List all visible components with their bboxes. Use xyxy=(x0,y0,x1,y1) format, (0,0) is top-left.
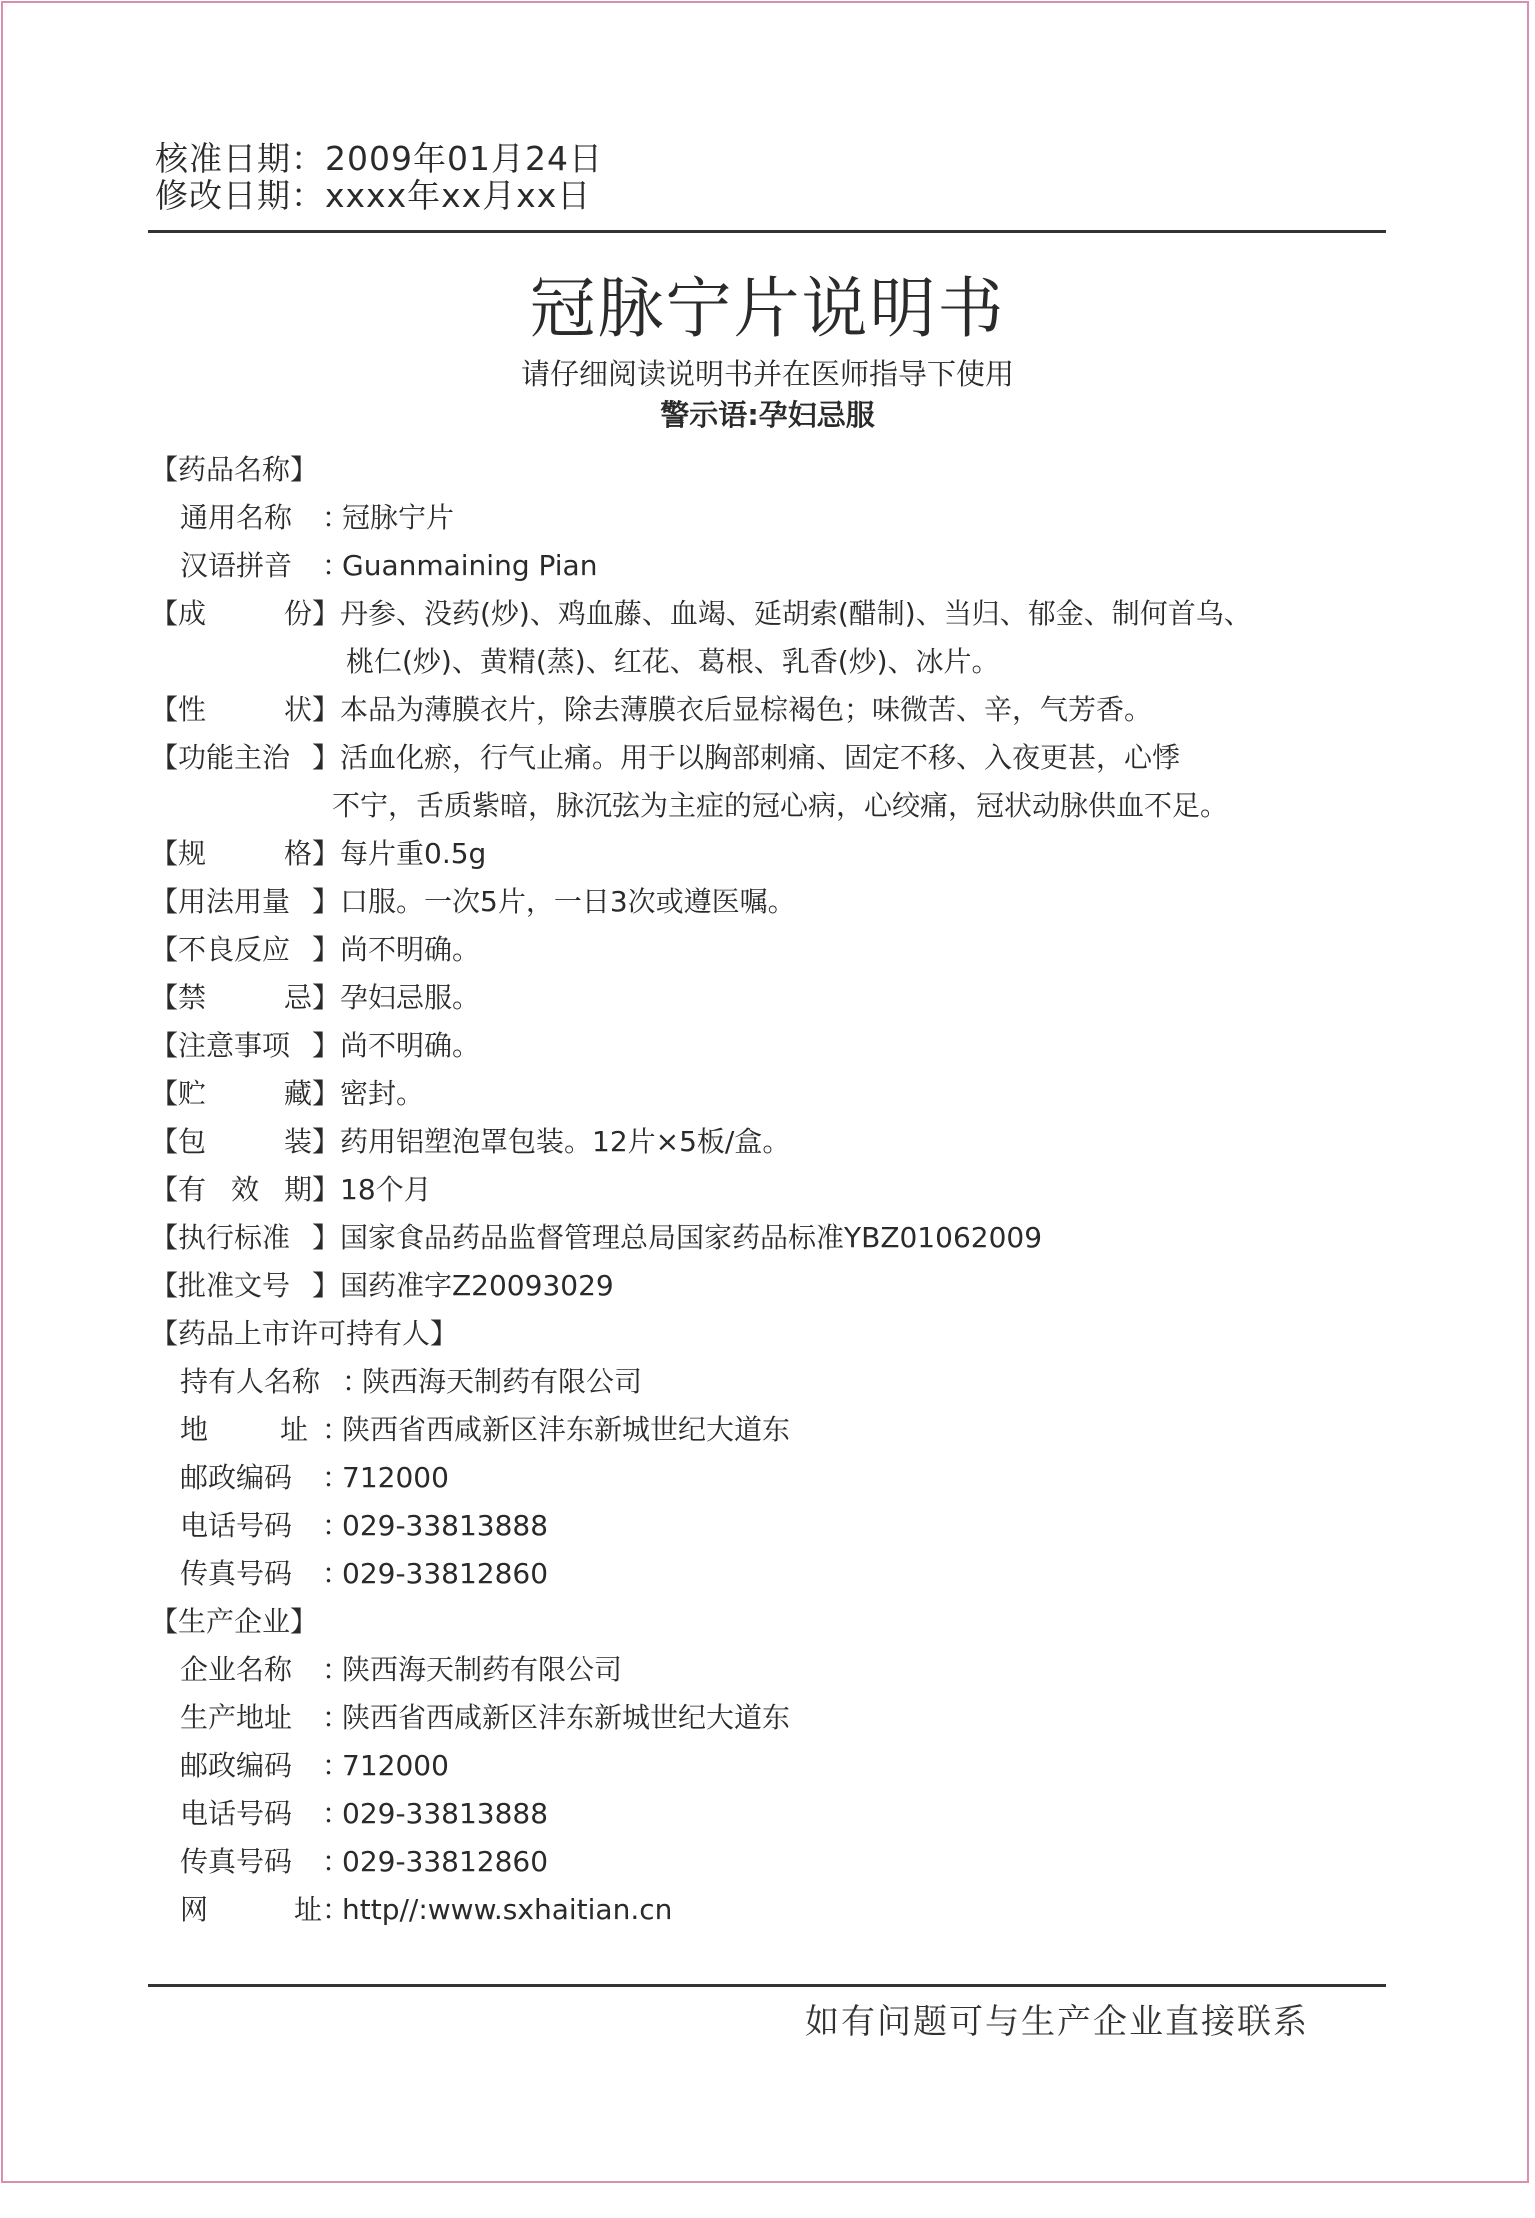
mah-address-row: 地址： 陕西省西咸新区沣东新城世纪大道东 xyxy=(150,1406,1400,1454)
manufacturer-phone-row: 电话号码： 029-33813888 xyxy=(150,1790,1400,1838)
document-title: 冠脉宁片说明书 xyxy=(0,272,1535,346)
document-subtitle: 请仔细阅读说明书并在医师指导下使用 xyxy=(0,356,1535,392)
manufacturer-name-row: 企业名称： 陕西海天制药有限公司 xyxy=(150,1646,1400,1694)
leaflet-body: 【药品名称】 通用名称： 冠脉宁片 汉语拼音： Guanmaining Pian… xyxy=(150,446,1400,1934)
adverse-reactions-row: 【不良反应】 尚不明确。 xyxy=(150,926,1400,974)
mah-name-row: 持有人名称： 陕西海天制药有限公司 xyxy=(150,1358,1400,1406)
manufacturer-address-row: 生产地址： 陕西省西咸新区沣东新城世纪大道东 xyxy=(150,1694,1400,1742)
mah-fax-row: 传真号码： 029-33812860 xyxy=(150,1550,1400,1598)
pinyin-row: 汉语拼音： Guanmaining Pian xyxy=(150,542,1400,590)
bottom-divider xyxy=(148,1984,1386,1987)
mah-phone-row: 电话号码： 029-33813888 xyxy=(150,1502,1400,1550)
storage-row: 【贮藏】 密封。 xyxy=(150,1070,1400,1118)
approval-date: 核准日期：2009年01月24日 xyxy=(155,140,603,177)
revision-date: 修改日期：xxxx年xx月xx日 xyxy=(155,177,603,214)
ingredients-label: 【成份】 xyxy=(150,590,340,638)
contraindications-row: 【禁忌】 孕妇忌服。 xyxy=(150,974,1400,1022)
section-mah-heading: 【药品上市许可持有人】 xyxy=(150,1310,1400,1358)
ingredients-continued: 桃仁(炒)、黄精(蒸)、红花、葛根、乳香(炒)、冰片。 xyxy=(150,638,1400,686)
dosage-row: 【用法用量】 口服。一次5片，一日3次或遵医嘱。 xyxy=(150,878,1400,926)
standard-row: 【执行标准】 国家食品药品监督管理总局国家药品标准YBZ01062009 xyxy=(150,1214,1400,1262)
manufacturer-website-row: 网址： http//:www.sxhaitian.cn xyxy=(150,1886,1400,1934)
packaging-row: 【包装】 药用铝塑泡罩包装。12片×5板/盒。 xyxy=(150,1118,1400,1166)
specification-row: 【规格】 每片重0.5g xyxy=(150,830,1400,878)
ingredients-row: 【成份】 丹参、没药(炒)、鸡血藤、血竭、延胡索(醋制)、当归、郁金、制何首乌、 xyxy=(150,590,1400,638)
manufacturer-postcode-row: 邮政编码： 712000 xyxy=(150,1742,1400,1790)
approval-number-row: 【批准文号】 国药准字Z20093029 xyxy=(150,1262,1400,1310)
warning-text: 警示语:孕妇忌服 xyxy=(0,397,1535,433)
manufacturer-fax-row: 传真号码： 029-33812860 xyxy=(150,1838,1400,1886)
website-link[interactable]: http//:www.sxhaitian.cn xyxy=(342,1886,672,1934)
top-divider xyxy=(148,230,1386,233)
description-row: 【性状】 本品为薄膜衣片，除去薄膜衣后显棕褐色；味微苦、辛，气芳香。 xyxy=(150,686,1400,734)
indications-row: 【功能主治】 活血化瘀，行气止痛。用于以胸部刺痛、固定不移、入夜更甚，心悸 xyxy=(150,734,1400,782)
date-block: 核准日期：2009年01月24日 修改日期：xxxx年xx月xx日 xyxy=(155,140,603,214)
mah-postcode-row: 邮政编码： 712000 xyxy=(150,1454,1400,1502)
indications-continued: 不宁，舌质紫暗，脉沉弦为主症的冠心病，心绞痛，冠状动脉供血不足。 xyxy=(150,782,1400,830)
section-drug-name-heading: 【药品名称】 xyxy=(150,446,1400,494)
section-manufacturer-heading: 【生产企业】 xyxy=(150,1598,1400,1646)
footer-contact-note: 如有问题可与生产企业直接联系 xyxy=(805,2000,1309,2044)
generic-name-row: 通用名称： 冠脉宁片 xyxy=(150,494,1400,542)
shelf-life-row: 【有效期】 18个月 xyxy=(150,1166,1400,1214)
precautions-row: 【注意事项】 尚不明确。 xyxy=(150,1022,1400,1070)
